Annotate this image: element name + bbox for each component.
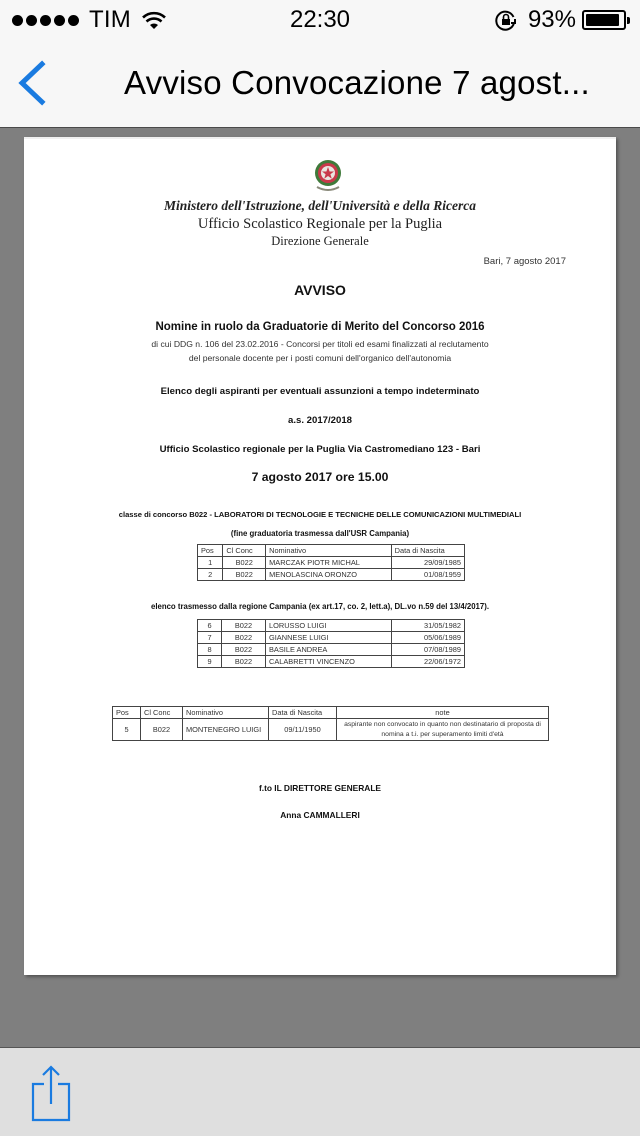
list-title: Elenco degli aspiranti per eventuali ass…	[24, 386, 616, 397]
candidates-table-2: 6 B022 LORUSSO LUIGI 31/05/1982 7 B022 G…	[197, 619, 465, 668]
meeting-location: Ufficio Scolastico regionale per la Pugl…	[24, 444, 616, 455]
share-button[interactable]	[28, 1064, 74, 1122]
meeting-datetime: 7 agosto 2017 ore 15.00	[24, 470, 616, 484]
excluded-candidates-table: Pos Cl Conc Nominativo Data di Nascita n…	[112, 706, 549, 741]
table-header-row: Pos Cl Conc Nominativo Data di Nascita n…	[113, 707, 549, 719]
share-icon	[33, 1067, 69, 1120]
navigation-bar: Avviso Convocazione 7 agost...	[0, 40, 640, 128]
table-row: 2 B022 MENOLASCINA ORONZO 01/08/1959	[198, 569, 465, 581]
ministry-header: Ministero dell'Istruzione, dell'Universi…	[24, 198, 616, 214]
document-title: Avviso Convocazione 7 agost...	[124, 64, 590, 102]
bottom-toolbar	[0, 1047, 640, 1136]
table-row: 8 B022 BASILE ANDREA 07/08/1989	[198, 644, 465, 656]
table-header-row: Pos Cl Conc Nominativo Data di Nascita	[198, 545, 465, 557]
battery-icon	[582, 10, 630, 30]
candidates-table-1: Pos Cl Conc Nominativo Data di Nascita 1…	[197, 544, 465, 581]
table-row: 7 B022 GIANNESE LUIGI 05/06/1989	[198, 632, 465, 644]
signature-title: f.to IL DIRETTORE GENERALE	[24, 783, 616, 793]
school-year: a.s. 2017/2018	[24, 415, 616, 426]
subject-detail-2: del personale docente per i posti comuni…	[24, 353, 616, 363]
table1-caption: (fine graduatoria trasmessa dall'USR Cam…	[24, 529, 616, 538]
table-row: 5 B022 MONTENEGRO LUIGI 09/11/1950 aspir…	[113, 719, 549, 741]
table-row: 6 B022 LORUSSO LUIGI 31/05/1982	[198, 620, 465, 632]
battery-percent: 93%	[528, 6, 576, 34]
pdf-page[interactable]: Ministero dell'Istruzione, dell'Universi…	[24, 137, 616, 975]
status-bar: TIM 22:30 93%	[0, 0, 640, 40]
competition-class: classe di concorso B022 - LABORATORI DI …	[24, 510, 616, 519]
subject-detail-1: di cui DDG n. 106 del 23.02.2016 - Conco…	[24, 339, 616, 349]
table-row: 9 B022 CALABRETTI VINCENZO 22/06/1972	[198, 656, 465, 668]
office-header: Ufficio Scolastico Regionale per la Pugl…	[24, 216, 616, 233]
back-button[interactable]	[12, 58, 52, 108]
chevron-left-icon	[22, 64, 42, 102]
status-right: 93%	[494, 6, 630, 34]
direction-header: Direzione Generale	[24, 234, 616, 249]
italian-republic-emblem-icon	[313, 158, 343, 194]
signature-name: Anna CAMMALLERI	[24, 810, 616, 820]
notice-subject: Nomine in ruolo da Graduatorie di Merito…	[24, 321, 616, 333]
rotation-lock-icon	[494, 8, 518, 32]
document-viewer[interactable]: Ministero dell'Istruzione, dell'Universi…	[0, 129, 640, 1047]
table-row: 1 B022 MARCZAK PIOTR MICHAL 29/09/1985	[198, 557, 465, 569]
place-date: Bari, 7 agosto 2017	[484, 256, 566, 267]
table2-caption: elenco trasmesso dalla regione Campania …	[24, 602, 616, 611]
notice-heading: AVVISO	[24, 282, 616, 298]
